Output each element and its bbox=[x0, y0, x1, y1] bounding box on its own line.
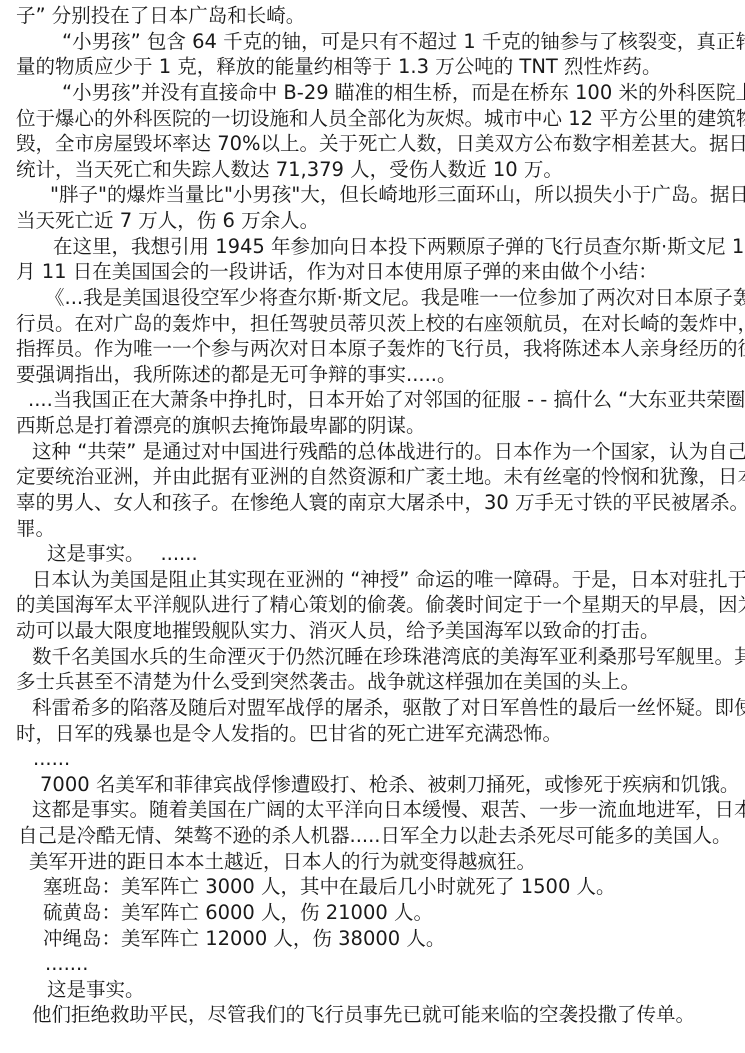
text-line: 毁，全市房屋毁坏率达 70%以上。关于死亡人数，日美双方公布数字相差甚大。据日本… bbox=[0, 131, 745, 157]
text-line: 数千名美国水兵的生命湮灭于仍然沉睡在珍珠港湾底的美海军亚利桑那号军舰里。其中的许 bbox=[0, 644, 745, 670]
text-line: 量的物质应少于 1 克，释放的能量约相等于 1.3 万公吨的 TNT 烈性炸药。 bbox=[0, 54, 745, 80]
text-line: 科雷希多的陷落及随后对盟军战俘的屠杀，驱散了对日军兽性的最后一丝怀疑。即使是在战 bbox=[0, 695, 745, 721]
text-line: 日本认为美国是阻止其实现在亚洲的 “神授” 命运的唯一障碍。于是，日本对驻扎于珍… bbox=[0, 567, 745, 593]
text-line: 指挥员。作为唯一一个参与两次对日本原子轰炸的飞行员，我将陈述本人亲身经历的往事。… bbox=[0, 336, 745, 362]
text-line: ....... bbox=[0, 951, 745, 977]
text-line: 硫黄岛：美军阵亡 6000 人，伤 21000 人。 bbox=[0, 900, 745, 926]
text-line: “小男孩”并没有直接命中 B-29 瞄准的相生桥，而是在桥东 100 米的外科医… bbox=[0, 80, 745, 106]
text-line: 子” 分别投在了日本广岛和长崎。 bbox=[0, 3, 745, 29]
text-line: 动可以最大限度地摧毁舰队实力、消灭人员，给予美国海军以致命的打击。 bbox=[0, 618, 745, 644]
text-line: 当天死亡近 7 万人，伤 6 万余人。 bbox=[0, 208, 745, 234]
text-line: 位于爆心的外科医院的一切设施和人员全部化为灰烬。城市中心 12 平方公里的建筑物… bbox=[0, 106, 745, 132]
text-line: 美军开进的距日本本土越近，日本人的行为就变得越疯狂。 bbox=[0, 849, 745, 875]
text-line: 时，日军的残暴也是令人发指的。巴甘省的死亡进军充满恐怖。 bbox=[0, 721, 745, 747]
text-line: 定要统治亚洲，并由此据有亚洲的自然资源和广袤土地。未有丝毫的怜悯和犹豫，日本屠杀… bbox=[0, 464, 745, 490]
text-line: 辜的男人、女人和孩子。在惨绝人寰的南京大屠杀中，30 万手无寸铁的平民被屠杀。这… bbox=[0, 490, 745, 516]
text-line: 的美国海军太平洋舰队进行了精心策划的偷袭。偷袭时间定于一个星期天的早晨，因为此时… bbox=[0, 592, 745, 618]
text-line: 统计，当天死亡和失踪人数达 71,379 人，受伤人数近 10 万。 bbox=[0, 157, 745, 183]
text-line: 这都是事实。随着美国在广阔的太平洋向日本缓慢、艰苦、一步一流血地进军，日本显示出 bbox=[0, 797, 745, 823]
text-line: 塞班岛：美军阵亡 3000 人，其中在最后几小时就死了 1500 人。 bbox=[0, 874, 745, 900]
text-line: ....当我国正在大萧条中挣扎时，日本开始了对邻国的征服 - - 搞什么 “大东… bbox=[0, 387, 745, 413]
text-line: 他们拒绝救助平民，尽管我们的飞行员事先已就可能来临的空袭投撒了传单。 bbox=[0, 1002, 745, 1028]
text-line: 罪。 bbox=[0, 516, 745, 542]
text-line: 7000 名美军和菲律宾战俘惨遭殴打、枪杀、被刺刀捅死，或惨死于疾病和饥饿。 bbox=[0, 772, 745, 798]
text-line: 行员。在对广岛的轰炸中，担任驾驶员蒂贝茨上校的右座领航员，在对长崎的轰炸中，任编… bbox=[0, 311, 745, 337]
text-line: 冲绳岛：美军阵亡 12000 人，伤 38000 人。 bbox=[0, 926, 745, 952]
text-line: 要强调指出，我所陈述的都是无可争辩的事实.....。 bbox=[0, 362, 745, 388]
document-page: 子” 分别投在了日本广岛和长崎。“小男孩” 包含 64 千克的铀，可是只有不超过… bbox=[0, 0, 745, 1053]
text-line: 这种 “共荣” 是通过对中国进行残酷的总体战进行的。日本作为一个国家，认为自己命… bbox=[0, 439, 745, 465]
text-line: “小男孩” 包含 64 千克的铀，可是只有不超过 1 千克的铀参与了核裂变，真正… bbox=[0, 29, 745, 55]
text-line: 月 11 日在美国国会的一段讲话，作为对日本使用原子弹的来由做个小结： bbox=[0, 259, 745, 285]
text-line: "胖子"的爆炸当量比"小男孩"大，但长崎地形三面环山，所以损失小于广岛。据日方统… bbox=[0, 182, 745, 208]
document-text-body: 子” 分别投在了日本广岛和长崎。“小男孩” 包含 64 千克的铀，可是只有不超过… bbox=[0, 3, 745, 1028]
text-line: 这是事实。 ...... bbox=[0, 541, 745, 567]
text-line: 西斯总是打着漂亮的旗帜去掩饰最卑鄙的阴谋。 bbox=[0, 413, 745, 439]
text-line: 这是事实。 bbox=[0, 977, 745, 1003]
text-line: ...... bbox=[0, 746, 745, 772]
text-line: 自己是冷酷无情、桀骜不逊的杀人机器.....日军全力以赴去杀死尽可能多的美国人。 bbox=[0, 823, 745, 849]
text-line: 多士兵甚至不清楚为什么受到突然袭击。战争就这样强加在美国的头上。 bbox=[0, 669, 745, 695]
text-line: 《...我是美国退役空军少将查尔斯·斯文尼。我是唯一一位参加了两次对日本原子轰炸… bbox=[0, 285, 745, 311]
text-line: 在这里，我想引用 1945 年参加向日本投下两颗原子弹的飞行员查尔斯·斯文尼 1… bbox=[0, 234, 745, 260]
